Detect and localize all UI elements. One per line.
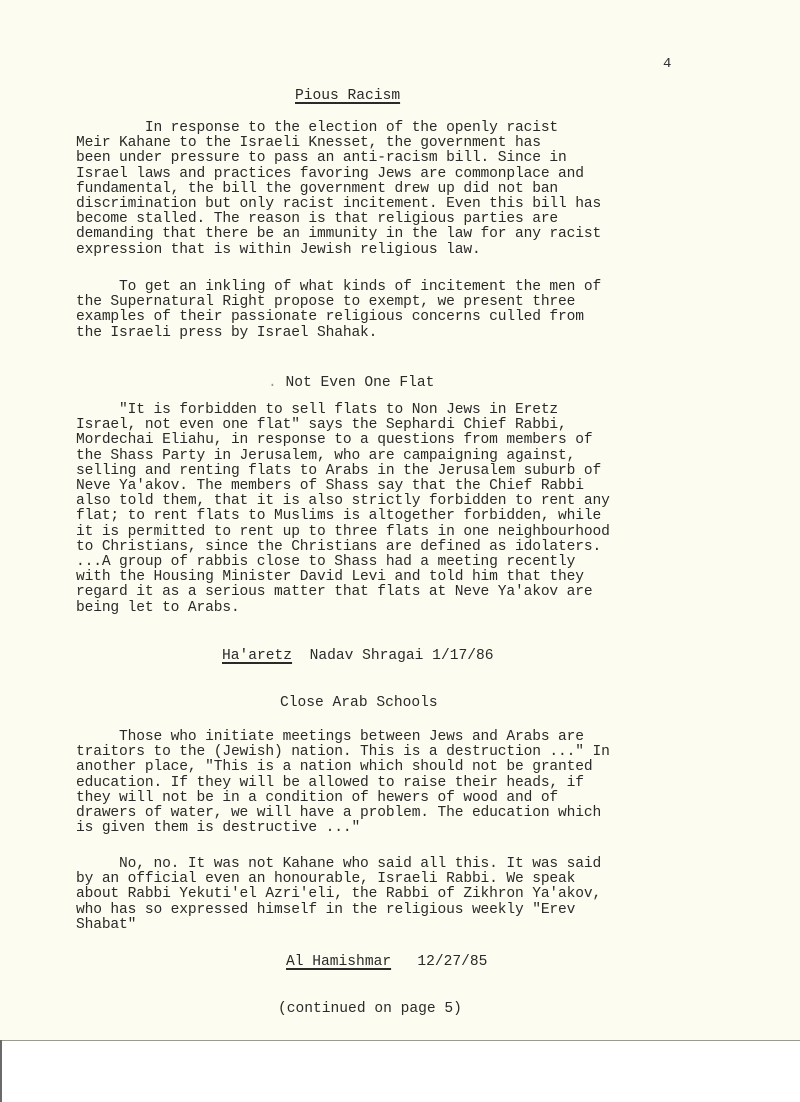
intro-paragraph-1: In response to the election of the openl… bbox=[76, 121, 601, 258]
text-line: the Israeli press by Israel Shahak. bbox=[76, 326, 601, 341]
text-line: traitors to the (Jewish) nation. This is… bbox=[76, 745, 610, 760]
text-line: examples of their passionate religious c… bbox=[76, 310, 601, 325]
section-body-schools-commentary: No, no. It was not Kahane who said all t… bbox=[76, 857, 601, 933]
text-line: discrimination but only racist incitemen… bbox=[76, 197, 601, 212]
intro-paragraph-2: To get an inkling of what kinds of incit… bbox=[76, 280, 601, 341]
text-line: about Rabbi Yekuti'el Azri'eli, the Rabb… bbox=[76, 887, 601, 902]
text-line: been under pressure to pass an anti-raci… bbox=[76, 151, 601, 166]
text-line: flat; to rent flats to Muslims is altoge… bbox=[76, 509, 610, 524]
text-line: by an official even an honourable, Israe… bbox=[76, 872, 601, 887]
text-line: Those who initiate meetings between Jews… bbox=[76, 730, 610, 745]
text-line: drawers of water, we will have a problem… bbox=[76, 806, 610, 821]
text-line: they will not be in a condition of hewer… bbox=[76, 791, 610, 806]
text-line: expression that is within Jewish religio… bbox=[76, 243, 601, 258]
text-line: become stalled. The reason is that relig… bbox=[76, 212, 601, 227]
text-line: it is permitted to rent up to three flat… bbox=[76, 525, 610, 540]
text-line: In response to the election of the openl… bbox=[76, 121, 601, 136]
text-line: Meir Kahane to the Israeli Knesset, the … bbox=[76, 136, 601, 151]
continued-note: (continued on page 5) bbox=[278, 1001, 462, 1017]
text-line: another place, "This is a nation which s… bbox=[76, 760, 610, 775]
text-line: being let to Arabs. bbox=[76, 601, 610, 616]
scan-edge bbox=[0, 1040, 2, 1102]
text-line: to Christians, since the Christians are … bbox=[76, 540, 610, 555]
text-line: Mordechai Eliahu, in response to a quest… bbox=[76, 433, 610, 448]
page-number: 4 bbox=[663, 56, 671, 72]
section-body-flat: "It is forbidden to sell flats to Non Je… bbox=[76, 403, 610, 616]
text-line: education. If they will be allowed to ra… bbox=[76, 776, 610, 791]
text-line: regard it as a serious matter that flats… bbox=[76, 585, 610, 600]
text-line: No, no. It was not Kahane who said all t… bbox=[76, 857, 601, 872]
source-al-hamishmar: Al Hamishmar 12/27/85 bbox=[286, 954, 487, 970]
text-line: Israel, not even one flat" says the Seph… bbox=[76, 418, 610, 433]
text-line: the Supernatural Right propose to exempt… bbox=[76, 295, 601, 310]
section-heading-schools: Close Arab Schools bbox=[280, 695, 438, 711]
source-haaretz: Ha'aretz Nadav Shragai 1/17/86 bbox=[222, 648, 494, 664]
paper-edge bbox=[0, 1040, 800, 1041]
publication-name: Ha'aretz bbox=[222, 648, 292, 664]
text-line: To get an inkling of what kinds of incit… bbox=[76, 280, 601, 295]
text-line: with the Housing Minister David Levi and… bbox=[76, 570, 610, 585]
text-line: fundamental, the bill the government dre… bbox=[76, 182, 601, 197]
text-line: also told them, that it is also strictly… bbox=[76, 494, 610, 509]
text-line: Israel laws and practices favoring Jews … bbox=[76, 167, 601, 182]
document-page: 4 Pious Racism In response to the electi… bbox=[0, 0, 800, 1040]
page-title: Pious Racism bbox=[295, 88, 400, 104]
text-line: the Shass Party in Jerusalem, who are ca… bbox=[76, 449, 610, 464]
text-line: ...A group of rabbis close to Shass had … bbox=[76, 555, 610, 570]
text-line: "It is forbidden to sell flats to Non Je… bbox=[76, 403, 610, 418]
section-heading-flat: . Not Even One Flat bbox=[268, 375, 434, 391]
text-line: selling and renting flats to Arabs in th… bbox=[76, 464, 610, 479]
text-line: Shabat" bbox=[76, 918, 601, 933]
publication-name: Al Hamishmar bbox=[286, 954, 391, 970]
section-body-schools: Those who initiate meetings between Jews… bbox=[76, 730, 610, 836]
text-line: is given them is destructive ..." bbox=[76, 821, 610, 836]
text-line: who has so expressed himself in the reli… bbox=[76, 903, 601, 918]
text-line: Neve Ya'akov. The members of Shass say t… bbox=[76, 479, 610, 494]
text-line: demanding that there be an immunity in t… bbox=[76, 227, 601, 242]
